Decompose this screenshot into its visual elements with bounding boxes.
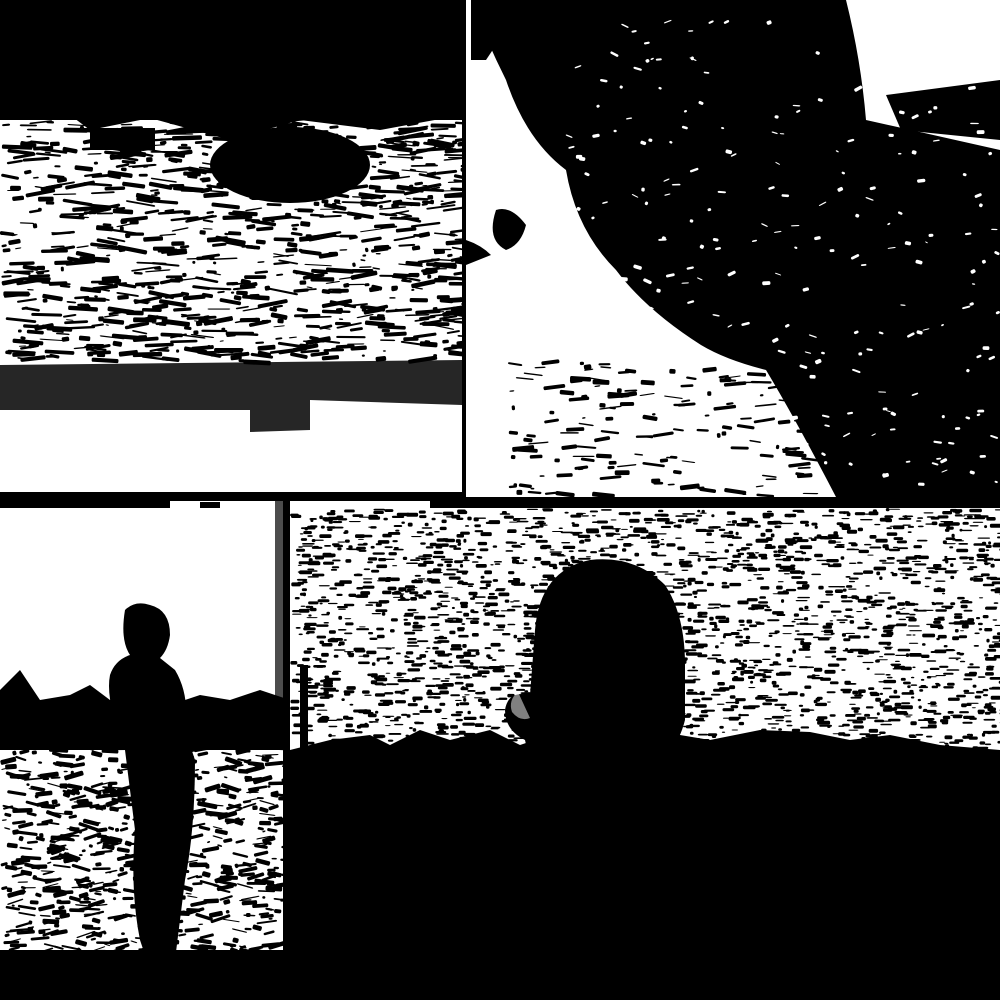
panel-divider-horizontal (0, 497, 1000, 501)
collage-panel-bottom-right (290, 500, 1000, 1000)
collage-panel-bottom-left (0, 500, 290, 1000)
shoreline-scene (0, 0, 462, 497)
panel-divider-vertical (462, 0, 466, 500)
collage-panel-top-left (0, 0, 462, 497)
face-closeup (466, 0, 1000, 497)
standing-figure-scene (0, 500, 290, 1000)
head-silhouette-scene (290, 500, 1000, 1000)
collage-panel-top-right (466, 0, 1000, 497)
